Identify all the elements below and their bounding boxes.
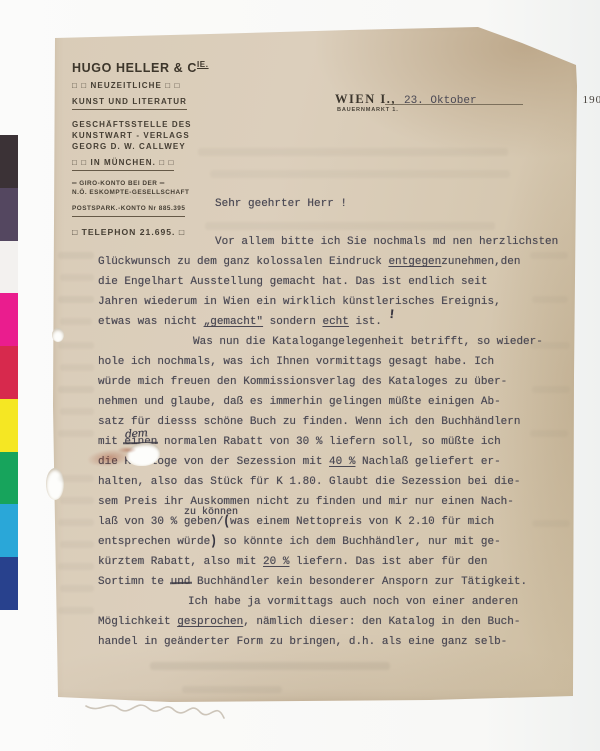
bleedthrough-smudge — [60, 585, 94, 592]
typed-text: die Engelhart Ausstellung gemacht hat. D… — [98, 276, 487, 288]
paper-hole — [46, 468, 64, 500]
typed-text: Glückwunsch zu dem ganz kolossalen Eindr… — [98, 256, 388, 268]
letter-line: sem Preis ihr Auskommen nicht zu finden … — [98, 496, 546, 516]
letter-line: würde mich freuen den Kommissionsverlag … — [98, 376, 546, 396]
typed-text: entsprechen würde — [98, 536, 210, 548]
color-swatch — [0, 557, 18, 610]
letterhead-line: ═ GIRO-KONTO BEI DER ═ — [72, 180, 222, 189]
letterhead-line: □ □ NEUZEITLICHE □ □ — [72, 80, 222, 91]
bleedthrough-smudge — [205, 222, 495, 230]
letter-line: etwas was nicht „gemacht" sondern echt i… — [98, 316, 546, 336]
letter-line: halten, also das Stück für K 1.80. Glaub… — [98, 476, 546, 496]
bleedthrough-smudge — [530, 342, 570, 349]
bleedthrough-smudge — [60, 364, 94, 371]
typed-text: ist. — [349, 316, 382, 328]
underlined-text: entgegen — [388, 256, 441, 268]
underlined-text: gesprochen — [177, 616, 243, 628]
typed-text: was einem Nettopreis von K 2.10 für mich — [230, 516, 494, 528]
photo-of-letter: HUGO HELLER & CIE.□ □ NEUZEITLICHE □ □KU… — [0, 0, 600, 751]
letter-line: hole ich nochmals, was ich Ihnen vormitt… — [98, 356, 546, 376]
bleedthrough-smudge — [58, 519, 94, 526]
underlined-text: 40 % — [329, 456, 355, 468]
bleedthrough-signature — [80, 688, 230, 730]
typed-text: satz für diesss schöne Buch zu finden. W… — [98, 416, 520, 428]
paper-hole — [52, 328, 64, 342]
bleedthrough-smudge — [530, 252, 568, 259]
color-swatch — [0, 399, 18, 452]
letter-line: die Engelhart Ausstellung gemacht hat. D… — [98, 276, 546, 296]
color-swatch — [0, 188, 18, 241]
color-swatch — [0, 135, 18, 188]
typed-text: nehmen und glaube, daß es immerhin gelin… — [98, 396, 501, 408]
bleedthrough-smudge — [182, 686, 282, 693]
letterhead-line: KUNSTWART - VERLAGS — [72, 130, 222, 141]
letter-line: Glückwunsch zu dem ganz kolossalen Eindr… — [98, 256, 546, 276]
letter-line: handel in geänderter Form zu bringen, d.… — [98, 636, 546, 656]
typed-text: Jahren wiederum in Wien ein wirklich kün… — [98, 296, 501, 308]
typed-text: sondern — [263, 316, 322, 328]
underlined-text: „gemacht" — [204, 316, 263, 328]
handwritten-annotation: dem — [125, 426, 148, 441]
color-swatch — [0, 241, 18, 294]
color-swatch — [0, 504, 18, 557]
letter-line: die Kataloge von der Sezession mit 40 % … — [98, 456, 546, 476]
bleedthrough-smudge — [58, 430, 94, 437]
typed-text: zunehmen,den — [441, 256, 520, 268]
letter-line: mit einen normalen Rabatt von 30 % liefe… — [98, 436, 546, 456]
underlined-text: 20 % — [263, 556, 289, 568]
letterhead-line: □ □ IN MÜNCHEN. □ □ — [72, 157, 174, 171]
bleedthrough-smudge — [58, 296, 94, 303]
typed-text: würde mich freuen den Kommissionsverlag … — [98, 376, 507, 388]
struck-word: und — [171, 576, 191, 588]
underlined-text: echt — [322, 316, 348, 328]
color-calibration-bar — [0, 135, 18, 610]
typed-text: normalen Rabatt von 30 % liefern soll, s… — [157, 436, 500, 448]
dateline: WIEN I.,23. Oktober1909 BAUERNMARKT 1. — [335, 90, 600, 108]
typed-text: Ich habe ja vormittags auch noch von ein… — [188, 596, 518, 608]
typed-text: , nämlich dieser: den Katalog in den Buc… — [243, 616, 520, 628]
letter-line: Jahren wiederum in Wien ein wirklich kün… — [98, 296, 546, 316]
letter-line: Was nun die Katalogangelegenheit betriff… — [98, 336, 546, 356]
bleedthrough-smudge — [530, 430, 568, 437]
letter-line: satz für diesss schöne Buch zu finden. W… — [98, 416, 546, 436]
typed-text: sem Preis ihr Auskommen nicht zu finden … — [98, 496, 514, 508]
typed-text: kürztem Rabatt, also mit — [98, 556, 263, 568]
letter-line: Ich habe ja vormittags auch noch von ein… — [98, 596, 546, 616]
letter-line: entsprechen würde) so könnte ich dem Buc… — [98, 536, 546, 556]
typed-text: Sortimn te — [98, 576, 171, 588]
color-swatch — [0, 346, 18, 399]
bleedthrough-smudge — [58, 342, 94, 349]
letter-body: Vor allem bitte ich Sie nochmals md nen … — [98, 236, 546, 656]
rust-stain — [118, 447, 136, 453]
typed-text: Buchhändler kein besonderer Ansporn zur … — [190, 576, 527, 588]
paper-crease — [504, 30, 600, 68]
bleedthrough-smudge — [532, 520, 570, 527]
typed-text: so könnte ich dem Buchhändler, nur mit g… — [217, 536, 501, 548]
bleedthrough-smudge — [58, 386, 94, 393]
bleedthrough-smudge — [58, 563, 94, 570]
bleedthrough-smudge — [60, 318, 92, 325]
bleedthrough-smudge — [210, 170, 510, 178]
typed-text: Nachlaß geliefert er- — [355, 456, 500, 468]
letter-line: kürztem Rabatt, also mit 20 % liefern. D… — [98, 556, 546, 576]
color-swatch — [0, 293, 18, 346]
bleedthrough-smudge — [150, 662, 390, 670]
letter-line: nehmen und glaube, daß es immerhin gelin… — [98, 396, 546, 416]
letter-line: Möglichkeit gesprochen, nämlich dieser: … — [98, 616, 546, 636]
bleedthrough-smudge — [60, 497, 94, 504]
date-typed: 23. Oktober — [404, 95, 477, 107]
typed-text: hole ich nochmals, was ich Ihnen vormitt… — [98, 356, 494, 368]
color-swatch — [0, 452, 18, 505]
letterhead-line: HUGO HELLER & CIE. — [72, 58, 222, 75]
bleedthrough-smudge — [95, 192, 175, 199]
bleedthrough-smudge — [198, 148, 508, 156]
typed-text: liefern. Das ist aber für den — [289, 556, 487, 568]
salutation: Sehr geehrter Herr ! — [215, 198, 347, 210]
bleedthrough-smudge — [58, 475, 94, 482]
typed-text: Vor allem bitte ich Sie nochmals md nen … — [215, 236, 558, 248]
letter-line: Vor allem bitte ich Sie nochmals md nen … — [98, 236, 546, 256]
bleedthrough-smudge — [60, 541, 94, 548]
handwritten-annotation: ! — [387, 307, 396, 323]
handwritten-annotation: zu können — [184, 507, 238, 518]
typed-text: halten, also das Stück für K 1.80. Glaub… — [98, 476, 520, 488]
year-printed: 190 — [583, 94, 600, 106]
bleedthrough-smudge — [60, 408, 94, 415]
bleedthrough-smudge — [532, 386, 570, 393]
date-rule-line — [385, 104, 523, 105]
bleedthrough-smudge — [58, 607, 94, 614]
bleedthrough-smudge — [60, 274, 94, 281]
letterhead-line: GESCHÄFTSSTELLE DES — [72, 119, 222, 130]
typed-text: Möglichkeit — [98, 616, 177, 628]
typed-text: Was nun die Katalogangelegenheit betriff… — [193, 336, 543, 348]
bleedthrough-smudge — [532, 296, 568, 303]
typed-text: ) — [210, 535, 217, 550]
letterhead-line: POSTSPARK.-KONTO Nr 885.395 — [72, 205, 185, 217]
letterhead-line: KUNST UND LITERATUR — [72, 96, 187, 110]
letter-line: laß von 30 % geben/(was einem Nettopreis… — [98, 516, 546, 536]
letter-line: Sortimn te und Buchhändler kein besonder… — [98, 576, 546, 596]
typed-text: handel in geänderter Form zu bringen, d.… — [98, 636, 507, 648]
letterhead-address: BAUERNMARKT 1. — [337, 107, 399, 113]
typed-text: etwas was nicht — [98, 316, 204, 328]
bleedthrough-smudge — [58, 252, 94, 259]
